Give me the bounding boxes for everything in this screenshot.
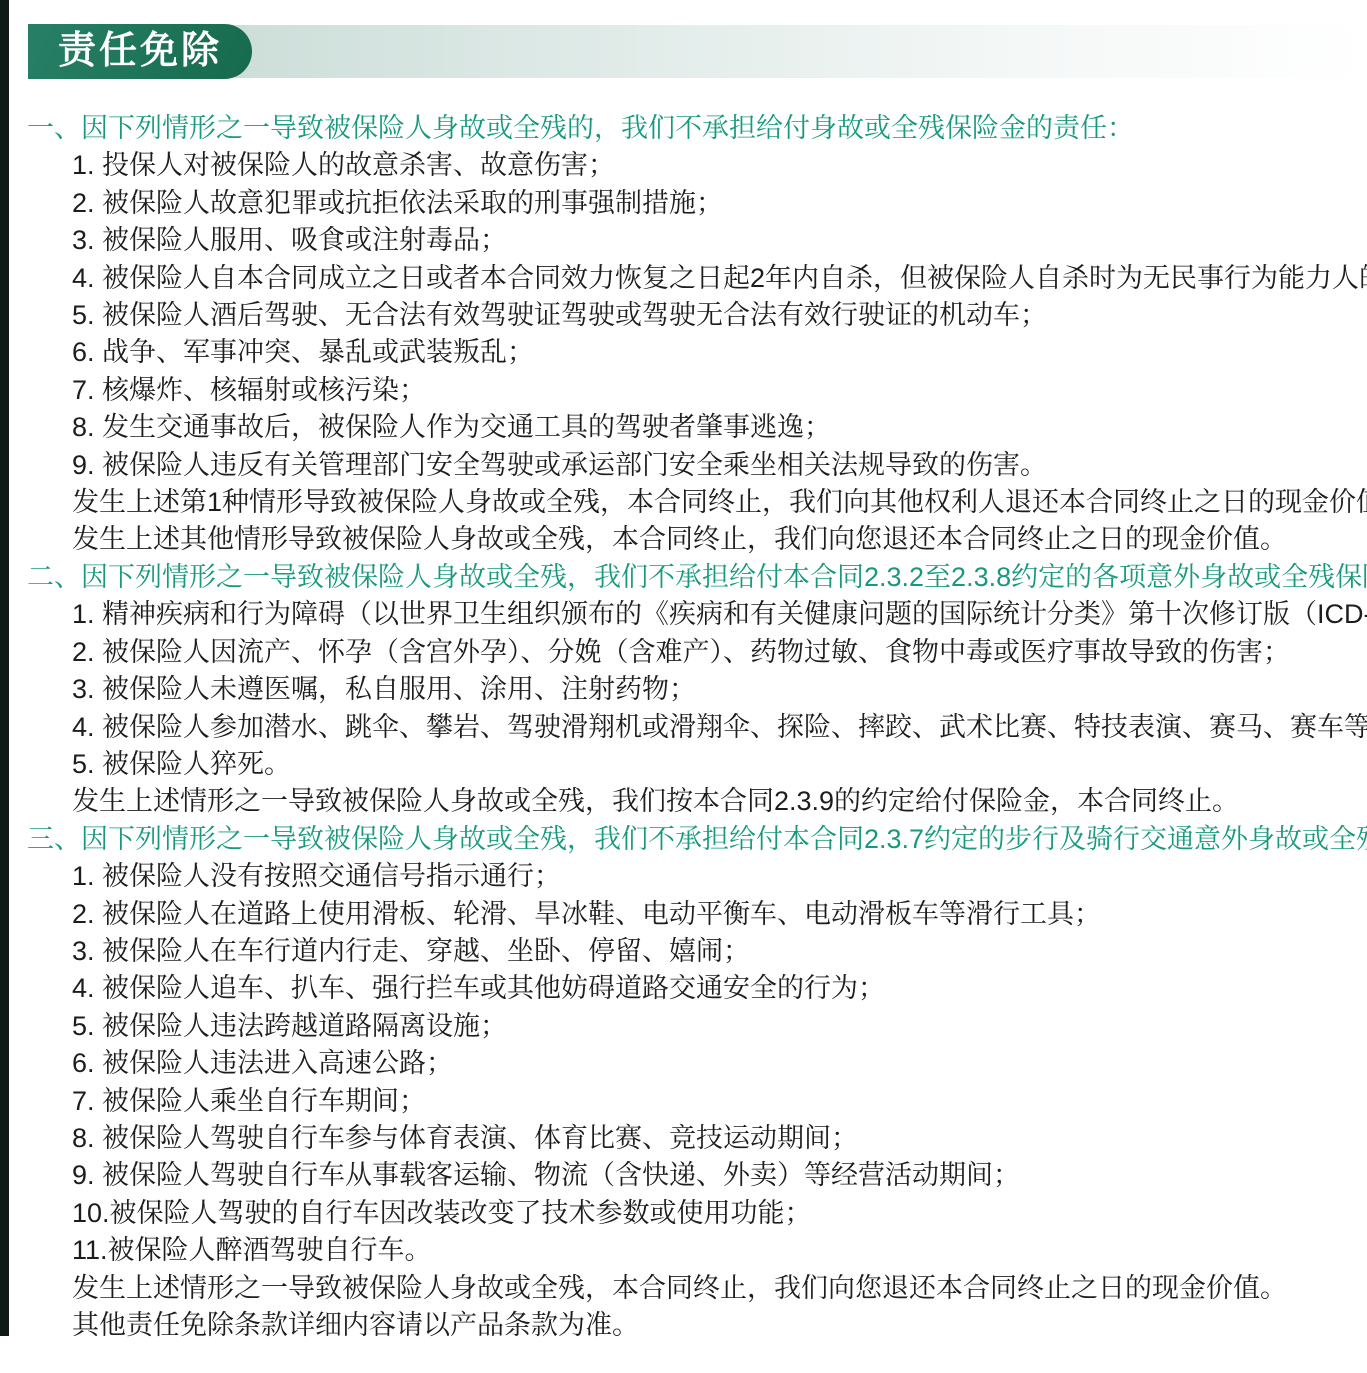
section-paragraph: 发生上述其他情形导致被保险人身故或全残，本合同终止，我们向您退还本合同终止之日的…: [0, 521, 1367, 558]
exclusion-item: 8. 被保险人驾驶自行车参与体育表演、体育比赛、竞技运动期间；: [0, 1120, 1367, 1157]
exclusion-item: 10.被保险人驾驶的自行车因改装改变了技术参数或使用功能；: [0, 1195, 1367, 1232]
section-heading: 三、因下列情形之一导致被保险人身故或全残，我们不承担给付本合同2.3.7约定的步…: [0, 821, 1367, 858]
exclusion-item: 1. 精神疾病和行为障碍（以世界卫生组织颁布的《疾病和有关健康问题的国际统计分类…: [0, 596, 1367, 633]
section-heading: 二、因下列情形之一导致被保险人身故或全残，我们不承担给付本合同2.3.2至2.3…: [0, 559, 1367, 596]
header-gradient-bar: [110, 25, 1367, 78]
exclusion-item: 3. 被保险人在车行道内行走、穿越、坐卧、停留、嬉闹；: [0, 933, 1367, 970]
exclusion-item: 4. 被保险人参加潜水、跳伞、攀岩、驾驶滑翔机或滑翔伞、探险、摔跤、武术比赛、特…: [0, 709, 1367, 746]
exclusion-item: 3. 被保险人服用、吸食或注射毒品；: [0, 222, 1367, 259]
section-exclusions-2: 二、因下列情形之一导致被保险人身故或全残，我们不承担给付本合同2.3.2至2.3…: [0, 559, 1367, 821]
section-exclusions-3: 三、因下列情形之一导致被保险人身故或全残，我们不承担给付本合同2.3.7约定的步…: [0, 821, 1367, 1307]
section-exclusions-1: 一、因下列情形之一导致被保险人身故或全残的，我们不承担给付身故或全残保险金的责任…: [0, 110, 1367, 559]
exclusion-item: 6. 战争、军事冲突、暴乱或武装叛乱；: [0, 334, 1367, 371]
exclusion-item: 7. 核爆炸、核辐射或核污染；: [0, 372, 1367, 409]
exclusion-item: 7. 被保险人乘坐自行车期间；: [0, 1083, 1367, 1120]
exclusion-item: 8. 发生交通事故后，被保险人作为交通工具的驾驶者肇事逃逸；: [0, 409, 1367, 446]
exclusion-item: 5. 被保险人酒后驾驶、无合法有效驾驶证驾驶或驾驶无合法有效行驶证的机动车；: [0, 297, 1367, 334]
exclusion-item: 2. 被保险人在道路上使用滑板、轮滑、旱冰鞋、电动平衡车、电动滑板车等滑行工具；: [0, 896, 1367, 933]
exclusion-item: 5. 被保险人违法跨越道路隔离设施；: [0, 1008, 1367, 1045]
exclusion-item: 4. 被保险人自本合同成立之日或者本合同效力恢复之日起2年内自杀，但被保险人自杀…: [0, 260, 1367, 297]
exclusion-item: 9. 被保险人驾驶自行车从事载客运输、物流（含快递、外卖）等经营活动期间；: [0, 1157, 1367, 1194]
title-badge: 责任免除: [28, 24, 252, 79]
exclusion-item: 5. 被保险人猝死。: [0, 746, 1367, 783]
exclusion-item: 11.被保险人醉酒驾驶自行车。: [0, 1232, 1367, 1269]
exclusion-item: 2. 被保险人故意犯罪或抗拒依法采取的刑事强制措施；: [0, 185, 1367, 222]
exclusion-item: 1. 投保人对被保险人的故意杀害、故意伤害；: [0, 147, 1367, 184]
section-paragraph: 发生上述情形之一导致被保险人身故或全残，本合同终止，我们向您退还本合同终止之日的…: [0, 1270, 1367, 1307]
section-paragraph: 发生上述情形之一导致被保险人身故或全残，我们按本合同2.3.9的约定给付保险金，…: [0, 783, 1367, 820]
section-paragraph: 发生上述第1种情形导致被保险人身故或全残，本合同终止，我们向其他权利人退还本合同…: [0, 484, 1367, 521]
page-title: 责任免除: [58, 32, 222, 72]
exclusions-page: 责任免除 一、因下列情形之一导致被保险人身故或全残的，我们不承担给付身故或全残保…: [0, 0, 1367, 1373]
page-header: 责任免除: [0, 24, 1367, 79]
exclusion-item: 1. 被保险人没有按照交通信号指示通行；: [0, 858, 1367, 895]
document-body: 一、因下列情形之一导致被保险人身故或全残的，我们不承担给付身故或全残保险金的责任…: [0, 110, 1367, 1344]
exclusion-item: 2. 被保险人因流产、怀孕（含宫外孕）、分娩（含难产）、药物过敏、食物中毒或医疗…: [0, 634, 1367, 671]
exclusion-item: 4. 被保险人追车、扒车、强行拦车或其他妨碍道路交通安全的行为；: [0, 970, 1367, 1007]
exclusion-item: 9. 被保险人违反有关管理部门安全驾驶或承运部门安全乘坐相关法规导致的伤害。: [0, 447, 1367, 484]
section-heading: 一、因下列情形之一导致被保险人身故或全残的，我们不承担给付身故或全残保险金的责任…: [0, 110, 1367, 147]
exclusion-item: 6. 被保险人违法进入高速公路；: [0, 1045, 1367, 1082]
footer-note: 其他责任免除条款详细内容请以产品条款为准。: [0, 1307, 1367, 1344]
exclusion-item: 3. 被保险人未遵医嘱，私自服用、涂用、注射药物；: [0, 671, 1367, 708]
